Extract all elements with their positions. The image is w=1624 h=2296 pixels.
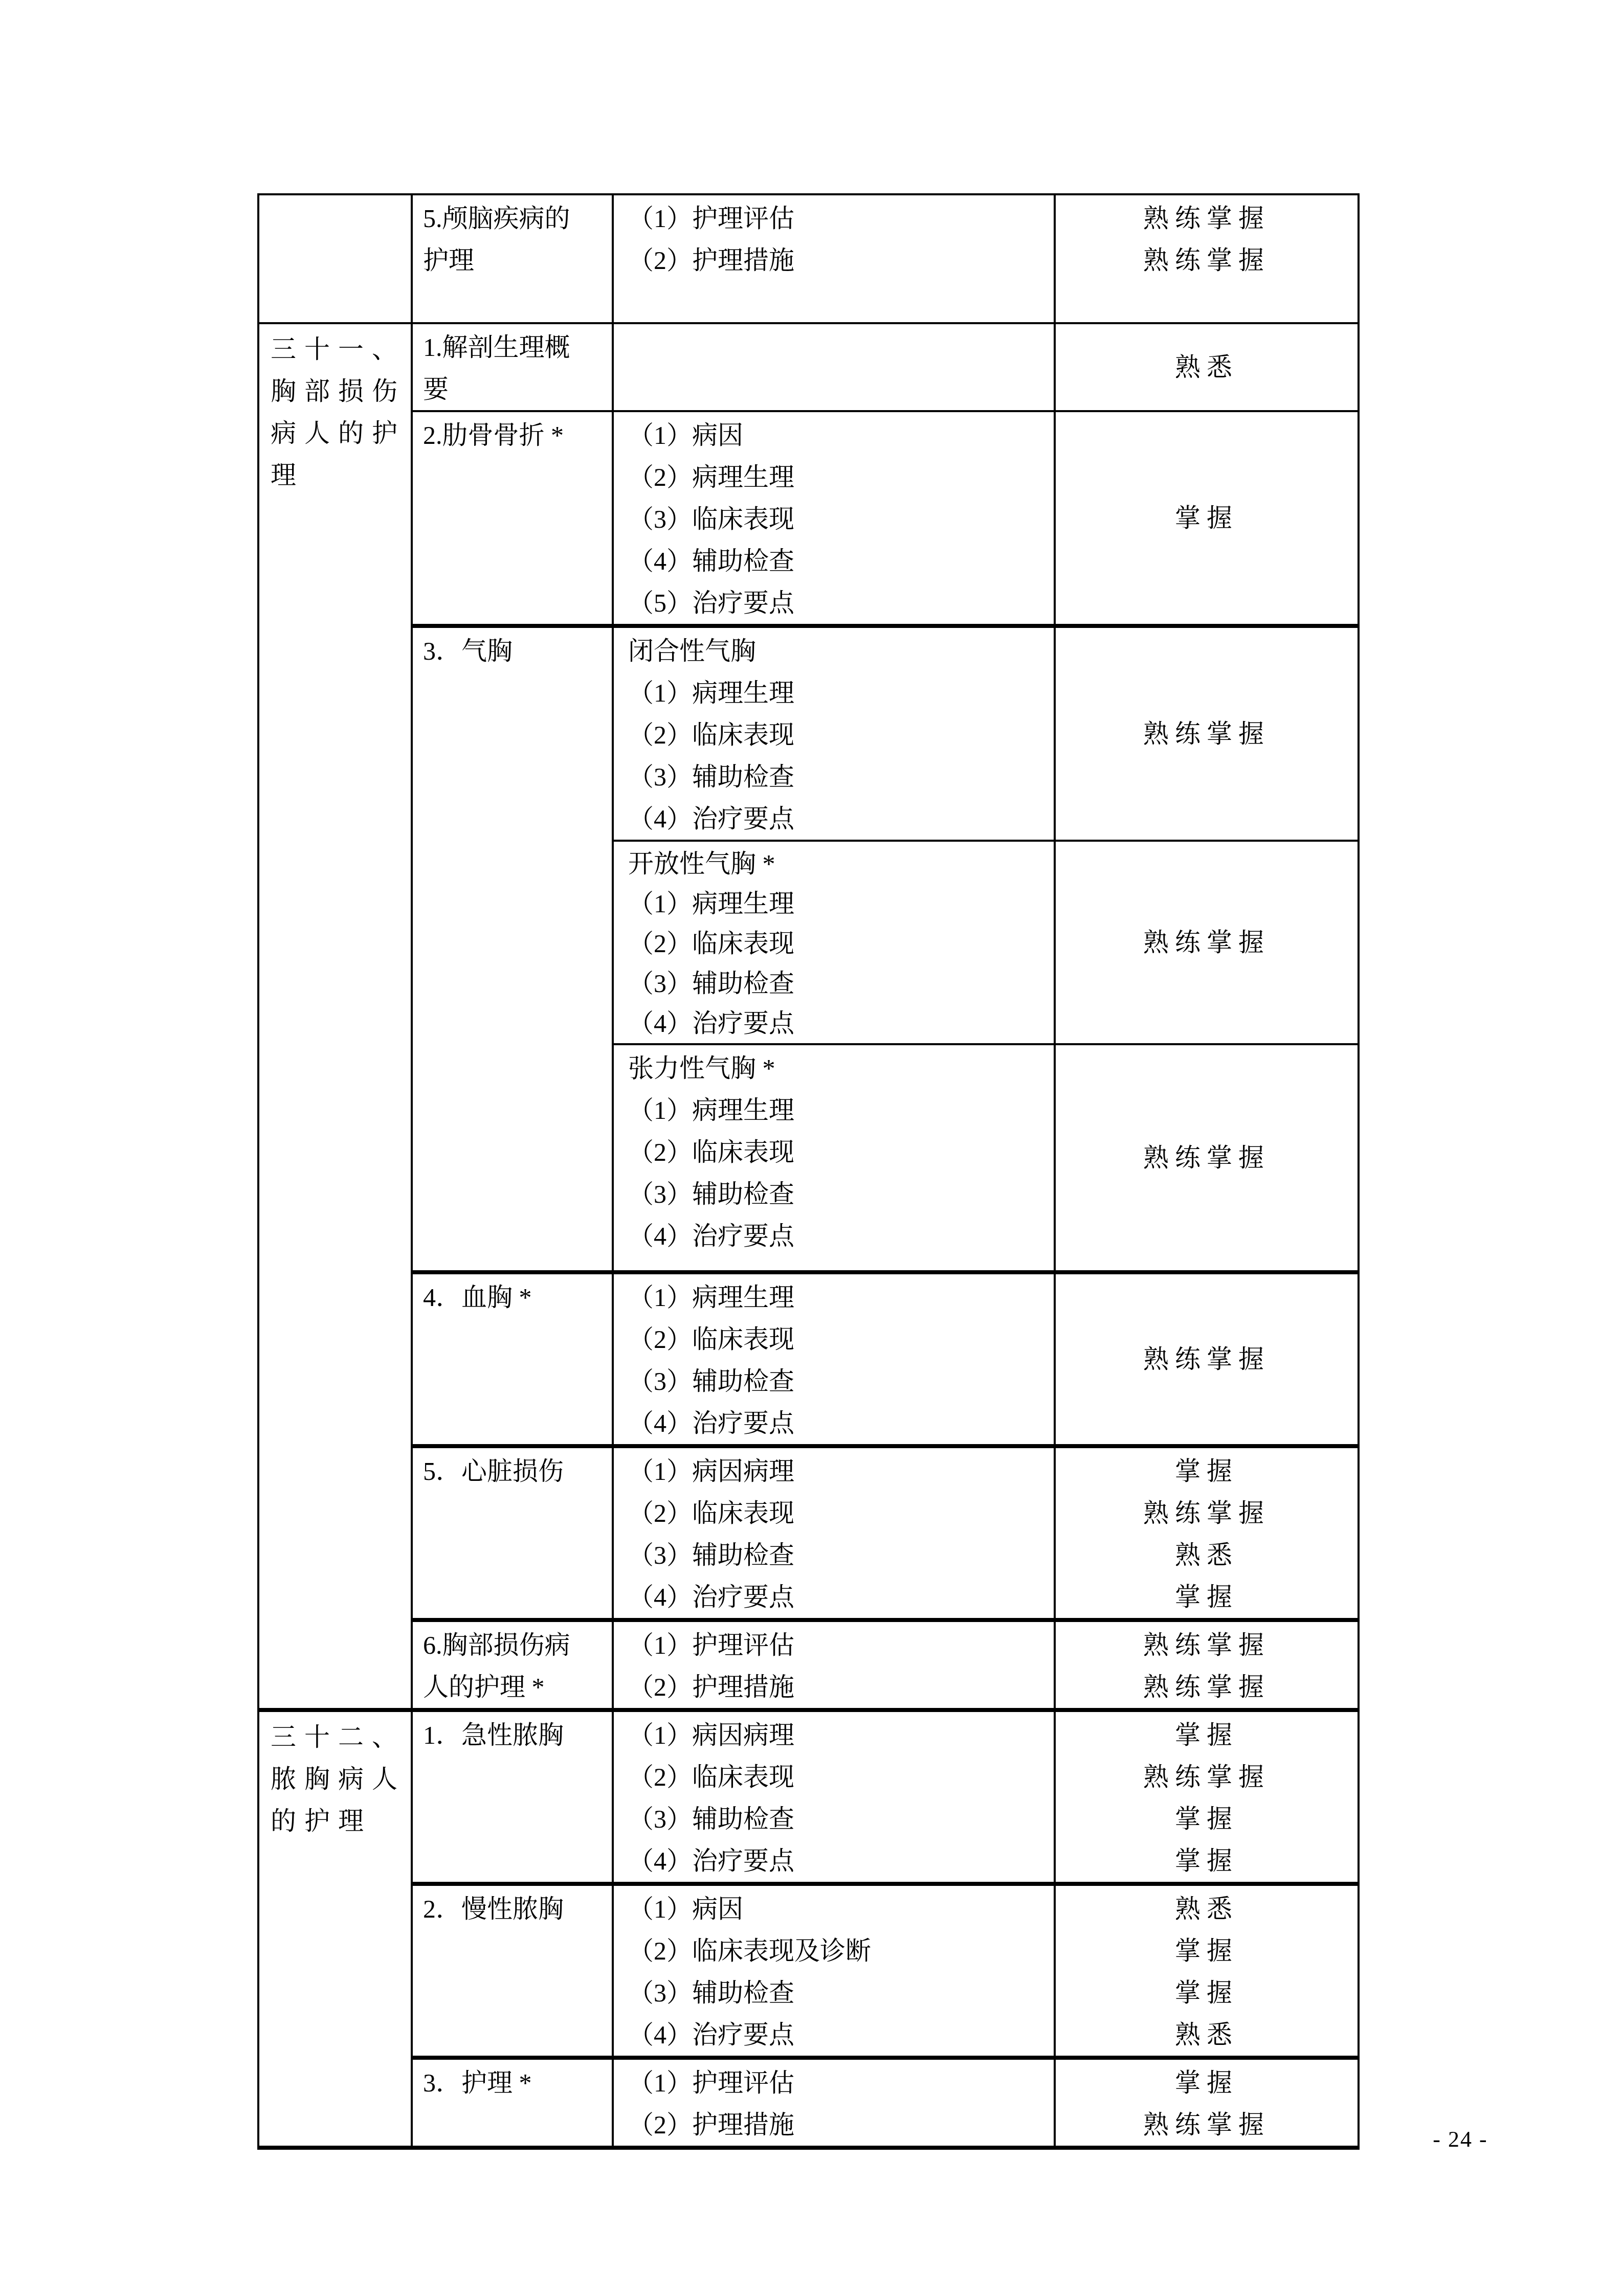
item-line: （4）治疗要点 [628, 2014, 1054, 2056]
level-text: 熟练掌握 [1056, 1624, 1358, 1666]
items-cell: （1）护理评估 （2）护理措施 [613, 1620, 1055, 1710]
document-page: 5.颅脑疾病的 护理 （1）护理评估 （2）护理措施 熟练掌握 熟练掌握 三十一… [0, 0, 1624, 2296]
item-line: （2）临床表现 [628, 1492, 1054, 1534]
level-text: 熟悉 [1056, 2014, 1358, 2056]
level-text: 掌握 [1056, 1798, 1358, 1840]
table-row: 3．护理 * （1）护理评估 （2）护理措施 掌握 熟练掌握 [258, 2058, 1359, 2148]
item-line: （4）治疗要点 [628, 1840, 1054, 1882]
table-row: 3．气胸 闭合性气胸 （1）病理生理 （2）临床表现 （3）辅助检查 （4）治疗… [258, 626, 1359, 841]
table-row: 5．心脏损伤 （1）病因病理 （2）临床表现 （3）辅助检查 （4）治疗要点 掌… [258, 1446, 1359, 1620]
level-text: 熟练掌握 [1056, 2104, 1358, 2146]
items-cell: 张力性气胸 * （1）病理生理 （2）临床表现 （3）辅助检查 （4）治疗要点 [613, 1044, 1055, 1272]
item-line: （2）病理生理 [628, 456, 1054, 498]
levels-cell: 掌握 熟练掌握 [1055, 2058, 1359, 2148]
levels-cell: 熟练掌握 熟练掌握 [1055, 1620, 1359, 1710]
syllabus-table: 5.颅脑疾病的 护理 （1）护理评估 （2）护理措施 熟练掌握 熟练掌握 三十一… [257, 193, 1360, 2150]
level-text: 掌握 [1056, 1450, 1358, 1492]
levels-cell: 熟练掌握 熟练掌握 [1055, 194, 1359, 323]
unit-cell-32: 三十二、 脓胸病人 的护理 [258, 1710, 412, 2148]
item-line: （3）辅助检查 [628, 1534, 1054, 1576]
item-line: （2）护理措施 [628, 239, 1054, 281]
item-line: （1）病理生理 [628, 1276, 1054, 1318]
items-cell: （1）护理评估 （2）护理措施 [613, 2058, 1055, 2148]
level-text: 熟练掌握 [1055, 1044, 1359, 1272]
table-row: 三十二、 脓胸病人 的护理 1．急性脓胸 （1）病因病理 （2）临床表现 （3）… [258, 1710, 1359, 1884]
item-line: （2）临床表现 [628, 924, 1054, 963]
levels-cell: 熟悉 掌握 掌握 熟悉 [1055, 1884, 1359, 2058]
item-line: （2）护理措施 [628, 1666, 1054, 1708]
table-row: 5.颅脑疾病的 护理 （1）护理评估 （2）护理措施 熟练掌握 熟练掌握 [258, 194, 1359, 323]
topic-cell: 3．气胸 [412, 626, 613, 1272]
table-row: 6.胸部损伤病 人的护理 * （1）护理评估 （2）护理措施 熟练掌握 熟练掌握 [258, 1620, 1359, 1710]
items-cell: 开放性气胸 * （1）病理生理 （2）临床表现 （3）辅助检查 （4）治疗要点 [613, 841, 1055, 1044]
item-line: （1）护理评估 [628, 197, 1054, 239]
table-row: 4．血胸 * （1）病理生理 （2）临床表现 （3）辅助检查 （4）治疗要点 熟… [258, 1272, 1359, 1446]
level-text: 掌握 [1056, 1930, 1358, 1972]
item-line: （5）治疗要点 [628, 582, 1054, 624]
item-line: （3）辅助检查 [628, 756, 1054, 798]
item-line: （1）病因病理 [628, 1714, 1054, 1756]
items-cell: （1）护理评估 （2）护理措施 [613, 194, 1055, 323]
item-line: （1）病理生理 [628, 1089, 1054, 1131]
table-row: 2．慢性脓胸 （1）病因 （2）临床表现及诊断 （3）辅助检查 （4）治疗要点 … [258, 1884, 1359, 2058]
item-line: （2）临床表现 [628, 714, 1054, 756]
table-row: 三十一、 胸部损伤 病人的护 理 1.解剖生理概 要 熟悉 [258, 323, 1359, 411]
table-row: 2.肋骨骨折 * （1）病因 （2）病理生理 （3）临床表现 （4）辅助检查 （… [258, 411, 1359, 626]
items-cell: （1）病因 （2）临床表现及诊断 （3）辅助检查 （4）治疗要点 [613, 1884, 1055, 2058]
levels-cell: 掌握 熟练掌握 掌握 掌握 [1055, 1710, 1359, 1884]
level-text: 掌握 [1056, 1972, 1358, 2014]
level-text: 熟练掌握 [1056, 1666, 1358, 1708]
level-text: 熟悉 [1056, 1534, 1358, 1576]
item-line: （4）治疗要点 [628, 1402, 1054, 1444]
item-line: （2）护理措施 [628, 2104, 1054, 2146]
unit-cell-31: 三十一、 胸部损伤 病人的护 理 [258, 323, 412, 1710]
item-line: （1）病理生理 [628, 672, 1054, 714]
level-text: 熟练掌握 [1056, 1492, 1358, 1534]
item-line: （4）治疗要点 [628, 798, 1054, 840]
item-line: （1）病因 [628, 1888, 1054, 1930]
items-cell-empty [613, 323, 1055, 411]
item-line: （2）临床表现 [628, 1756, 1054, 1798]
level-text: 熟悉 [1055, 323, 1359, 411]
level-text: 熟练掌握 [1055, 841, 1359, 1044]
item-line: （3）辅助检查 [628, 963, 1054, 1003]
topic-cell: 1．急性脓胸 [412, 1710, 613, 1884]
topic-cell: 4．血胸 * [412, 1272, 613, 1446]
level-text: 掌握 [1056, 1714, 1358, 1756]
item-line: （4）治疗要点 [628, 1003, 1054, 1043]
item-line: （4）辅助检查 [628, 540, 1054, 582]
level-text: 熟悉 [1056, 1888, 1358, 1930]
item-line: （3）临床表现 [628, 498, 1054, 540]
item-line: （1）护理评估 [628, 1624, 1054, 1666]
unit-cell-previous [258, 194, 412, 323]
topic-cell: 6.胸部损伤病 人的护理 * [412, 1620, 613, 1710]
level-text: 掌握 [1056, 2062, 1358, 2104]
item-line: （3）辅助检查 [628, 1173, 1054, 1215]
item-line: （2）临床表现 [628, 1131, 1054, 1173]
item-line: （1）病因 [628, 414, 1054, 456]
level-text: 熟练掌握 [1056, 197, 1358, 239]
item-line: （2）临床表现 [628, 1318, 1054, 1360]
item-line: （3）辅助检查 [628, 1798, 1054, 1840]
item-line: （1）病理生理 [628, 884, 1054, 924]
items-cell: （1）病因病理 （2）临床表现 （3）辅助检查 （4）治疗要点 [613, 1710, 1055, 1884]
subtype-header: 张力性气胸 * [628, 1047, 1054, 1089]
subtype-header: 闭合性气胸 [628, 630, 1054, 672]
level-text: 掌握 [1056, 1576, 1358, 1618]
levels-cell: 掌握 熟练掌握 熟悉 掌握 [1055, 1446, 1359, 1620]
level-text: 掌握 [1056, 1840, 1358, 1882]
topic-cell: 5．心脏损伤 [412, 1446, 613, 1620]
item-line: （2）临床表现及诊断 [628, 1930, 1054, 1972]
item-line: （4）治疗要点 [628, 1576, 1054, 1618]
item-line: （4）治疗要点 [628, 1215, 1054, 1257]
level-text: 熟练掌握 [1055, 626, 1359, 841]
items-cell: 闭合性气胸 （1）病理生理 （2）临床表现 （3）辅助检查 （4）治疗要点 [613, 626, 1055, 841]
topic-cell: 1.解剖生理概 要 [412, 323, 613, 411]
items-cell: （1）病因病理 （2）临床表现 （3）辅助检查 （4）治疗要点 [613, 1446, 1055, 1620]
topic-cell: 2．慢性脓胸 [412, 1884, 613, 2058]
items-cell: （1）病理生理 （2）临床表现 （3）辅助检查 （4）治疗要点 [613, 1272, 1055, 1446]
topic-cell: 3．护理 * [412, 2058, 613, 2148]
subtype-header: 开放性气胸 * [628, 844, 1054, 884]
level-text: 掌握 [1055, 411, 1359, 626]
item-line: （1）护理评估 [628, 2062, 1054, 2104]
level-text: 熟练掌握 [1055, 1272, 1359, 1446]
items-cell: （1）病因 （2）病理生理 （3）临床表现 （4）辅助检查 （5）治疗要点 [613, 411, 1055, 626]
item-line: （3）辅助检查 [628, 1360, 1054, 1402]
item-line: （1）病因病理 [628, 1450, 1054, 1492]
topic-cell: 2.肋骨骨折 * [412, 411, 613, 626]
page-number: - 24 - [1381, 2126, 1540, 2152]
topic-cell: 5.颅脑疾病的 护理 [412, 194, 613, 323]
level-text: 熟练掌握 [1056, 1756, 1358, 1798]
level-text: 熟练掌握 [1056, 239, 1358, 281]
item-line: （3）辅助检查 [628, 1972, 1054, 2014]
